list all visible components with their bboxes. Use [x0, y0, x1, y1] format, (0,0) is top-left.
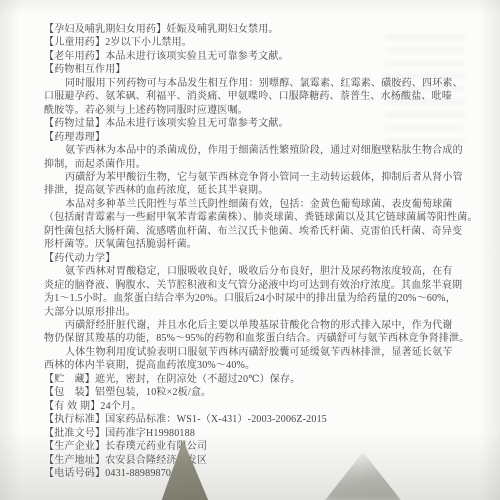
section-pharmacology-heading: 【药理毒理】	[44, 131, 466, 144]
insert-line: 同时服用下列药物可与本品发生相互作用：别嘌醇、氯霉素、红霉素、磺胺药、四环素、	[44, 77, 466, 90]
section-address: 【生产地址】农安县合隆经济开发区	[44, 454, 466, 467]
package-insert-page: 【孕妇及哺乳期妇女用药】妊娠及哺乳期妇女禁用。 【儿童用药】2岁以下小儿禁用。 …	[0, 0, 500, 500]
insert-line: 阴性菌包括大肠杆菌、流感嗜血杆菌、布兰汉氏卡他菌、埃希氏杆菌、克雷伯氏杆菌、奇异…	[44, 225, 466, 238]
section-drug-interactions-heading: 【药物相互作用】	[44, 63, 466, 76]
insert-line: 丙磺舒经肝脏代谢，并且水化后主要以单羧基尿苷酸化合物的形式排入尿中，作为代谢	[44, 319, 466, 332]
section-overdose: 【药物过量】本品未进行该项实验且无可靠参考文献。	[44, 117, 466, 130]
insert-line: 为1～1.5小时。血浆蛋白结合率为20%。口服后24小时尿中的排出量为给药量的2…	[44, 292, 466, 305]
insert-line: （包括耐青霉素与一些耐甲氧苯青霉素菌株）、肺炎球菌、粪链球菌以及其它链球菌属等阳…	[44, 211, 466, 224]
section-packaging: 【包 装】铝塑包装，10粒×2板/盒。	[44, 386, 466, 399]
insert-line: 本品对多种革兰氏阳性与革兰氏阴性细菌有效，包括：金黄色葡萄球菌、表皮葡萄球菌	[44, 198, 466, 211]
insert-line: 氨苄西林为本品中的杀菌成份，作用于细菌活性繁殖阶段，通过对细胞壁粘肽生物合成的	[44, 144, 466, 157]
section-pregnancy-use: 【孕妇及哺乳期妇女用药】妊娠及哺乳期妇女禁用。	[44, 23, 466, 36]
section-shelf-life: 【有 效 期】24个月。	[44, 400, 466, 413]
insert-line: 大部分以原形排出。	[44, 306, 466, 319]
insert-line: 人体生物利用度试验表明口服氨苄西林丙磺舒胶囊可延缓氨苄西林排泄，显著延长氨苄	[44, 346, 466, 359]
insert-line: 口服避孕药、氨苯砜、利福平、消炎痛、甲氨喋呤、口服降糖药、萘普生、水杨酸盐、吡嗪	[44, 90, 466, 103]
insert-line: 丙磺舒为苯甲酸衍生物，它与氨苄西林竞争肾小管同一主动转运载体，抑制后者从肾小管	[44, 171, 466, 184]
section-manufacturer: 【生产企业】长春璞元药业有限公司	[44, 440, 466, 453]
section-storage: 【贮 藏】遮光，密封，在阴凉处（不超过20℃）保存。	[44, 373, 466, 386]
insert-line: 酰胺等。若必须与上述药物同服时应遵医嘱。	[44, 104, 466, 117]
insert-line: 形杆菌等。厌氧菌包括脆弱杆菌。	[44, 238, 466, 251]
insert-line: 排泄，提高氨苄西林的血药浓度，延长其半衰期。	[44, 184, 466, 197]
section-phone: 【电话号码】0431-88989870	[44, 467, 466, 480]
insert-line: 抑制，而起杀菌作用。	[44, 158, 466, 171]
insert-text-block: 【孕妇及哺乳期妇女用药】妊娠及哺乳期妇女禁用。 【儿童用药】2岁以下小儿禁用。 …	[44, 23, 466, 480]
insert-line: 西林的体内半衰期，提高血药浓度30%～40%。	[44, 359, 466, 372]
insert-line: 物仍保留其羧基的功能，85%～95%的药物和血浆蛋白结合。丙磺舒可与氨苄西林竞争…	[44, 332, 466, 345]
section-approval-number: 【批准文号】国药准字H19980188	[44, 427, 466, 440]
insert-line: 炎症的脑脊液、胸腹水、关节腔积液和支气管分泌液中均可达到有效治疗浓度。其血浆半衰…	[44, 279, 466, 292]
section-children-use: 【儿童用药】2岁以下小儿禁用。	[44, 36, 466, 49]
section-elderly-use: 【老年用药】本品未进行该项实验且无可靠参考文献。	[44, 50, 466, 63]
insert-line: 氨苄西林对胃酸稳定，口服吸收良好，吸收后分布良好，胆汁及尿药物浓度较高，在有	[44, 265, 466, 278]
section-pharmacokinetics-heading: 【药代动力学】	[44, 252, 466, 265]
section-standard: 【执行标准】国家药品标准：WS1-（X-431）-2003-2006Z-2015	[44, 413, 466, 426]
